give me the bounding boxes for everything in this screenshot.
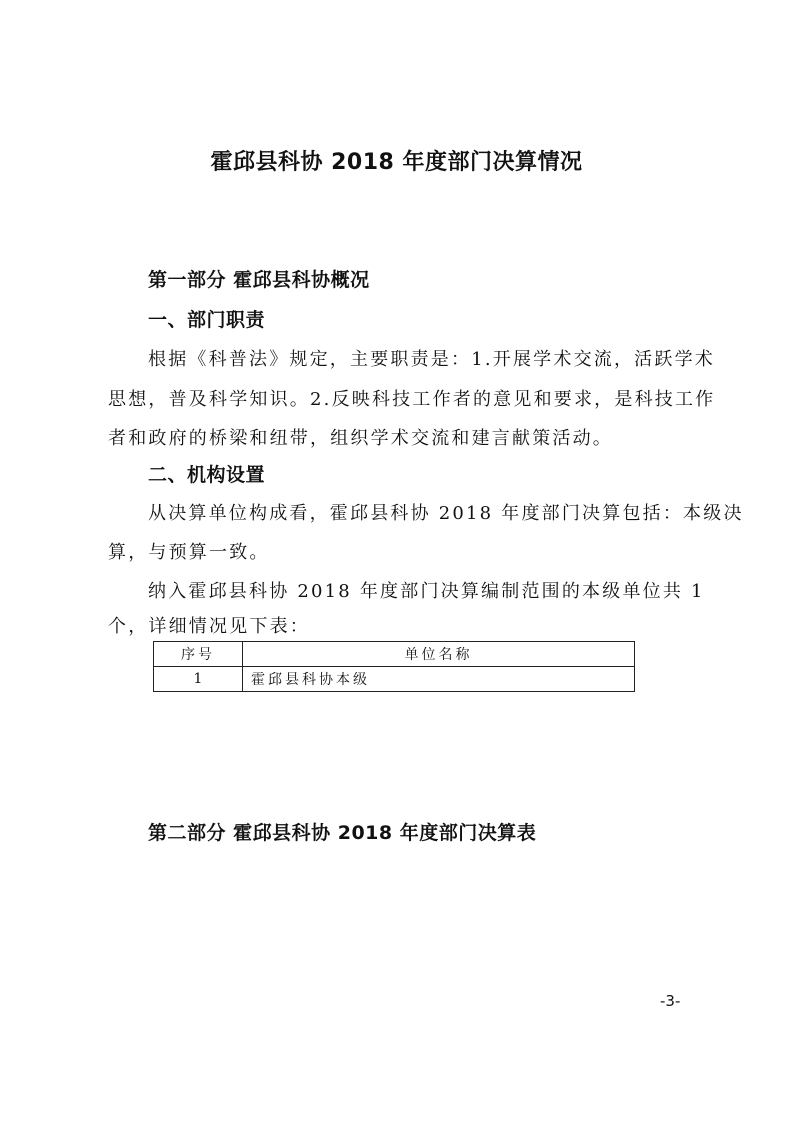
table-row: 1 霍邱县科协本级	[154, 667, 635, 692]
section2-heading: 二、机构设置	[148, 460, 265, 487]
duties-line-1: 根据《科普法》规定，主要职责是：1.开展学术交流，活跃学术	[148, 345, 715, 371]
structure-para1-line-1: 从决算单位构成看，霍邱县科协 2018 年度部门决算包括：本级决	[148, 499, 744, 525]
structure-para2-line-1: 纳入霍邱县科协 2018 年度部门决算编制范围的本级单位共 1	[148, 577, 705, 603]
page-number: -3-	[660, 992, 680, 1010]
cell-unit-name: 霍邱县科协本级	[243, 667, 635, 692]
duties-line-2: 思想，普及科学知识。2.反映科技工作者的意见和要求，是科技工作	[108, 385, 715, 411]
section1-heading: 一、部门职责	[148, 305, 265, 332]
unit-table: 序号 单位名称 1 霍邱县科协本级	[153, 641, 635, 692]
part2-heading: 第二部分 霍邱县科协 2018 年度部门决算表	[148, 818, 536, 845]
cell-index: 1	[154, 667, 243, 692]
structure-para2-line-2: 个，详细情况见下表：	[108, 612, 310, 638]
duties-line-3: 者和政府的桥梁和纽带，组织学术交流和建言献策活动。	[108, 424, 613, 450]
column-header-unit-name: 单位名称	[243, 642, 635, 667]
document-title: 霍邱县科协 2018 年度部门决算情况	[0, 145, 793, 176]
structure-para1-line-2: 算，与预算一致。	[108, 538, 270, 564]
part1-heading: 第一部分 霍邱县科协概况	[148, 265, 370, 292]
column-header-index: 序号	[154, 642, 243, 667]
table-header-row: 序号 单位名称	[154, 642, 635, 667]
